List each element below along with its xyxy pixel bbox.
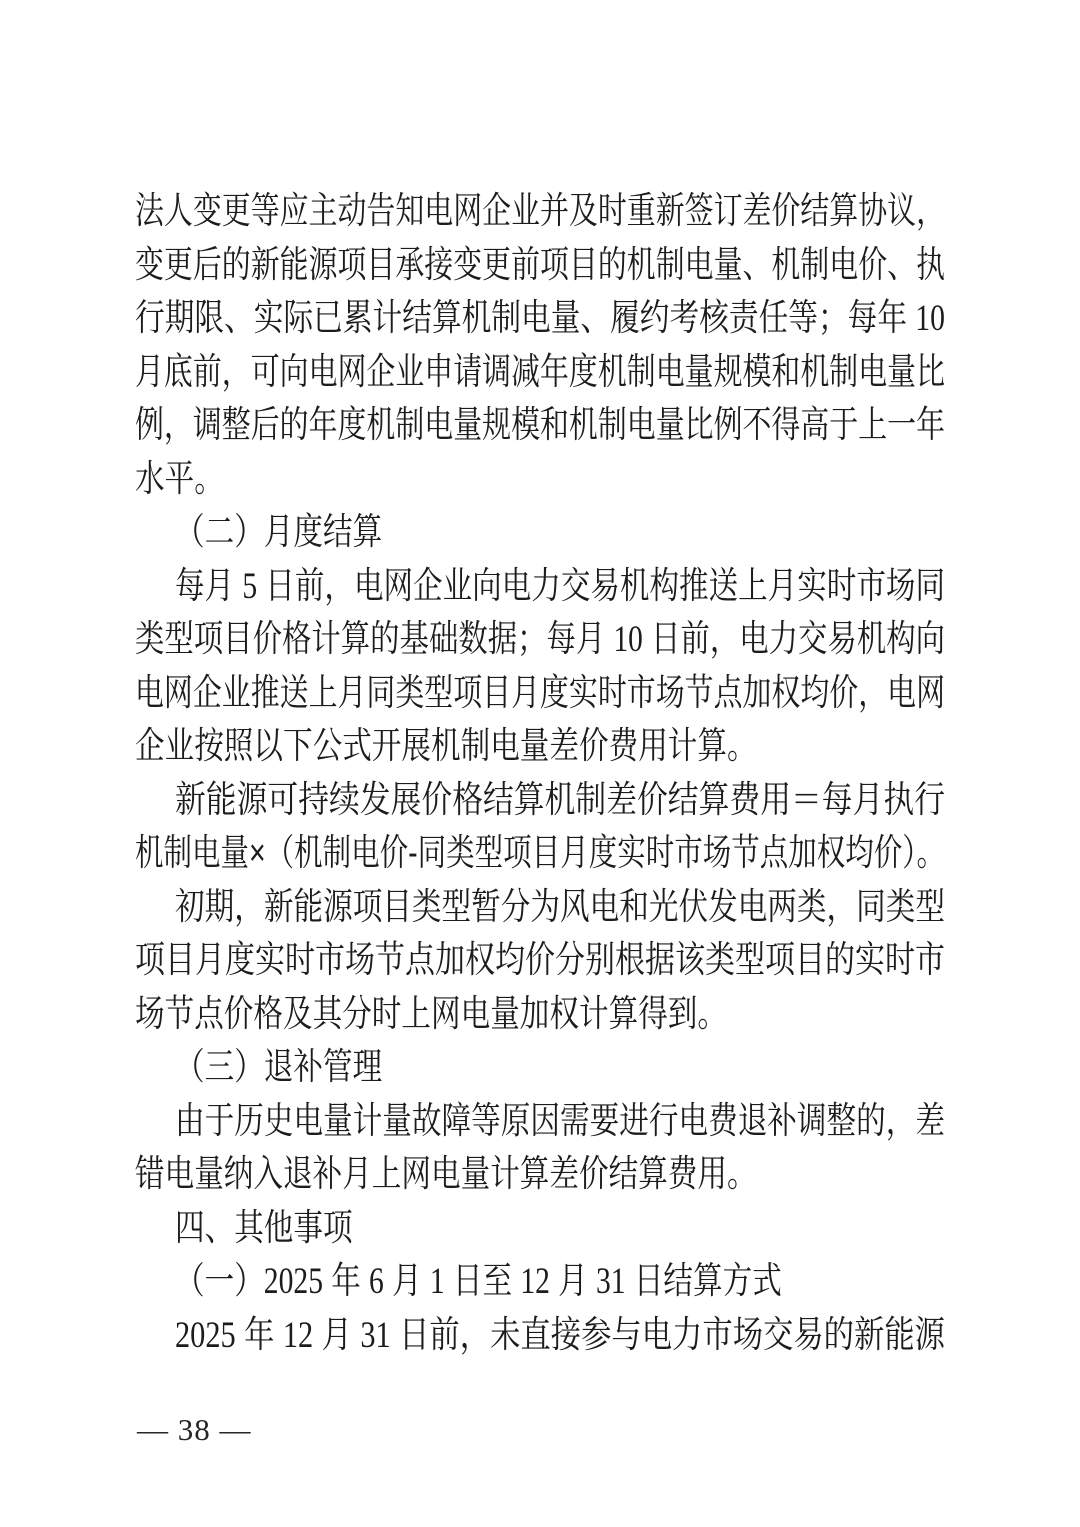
text-line: 类型项目价格计算的基础数据；每月 10 日前，电力交易机构向 [135,612,945,666]
text-line: 变更后的新能源项目承接变更前项目的机制电量、机制电价、执 [135,238,945,292]
paragraph: 每月 5 日前，电网企业向电力交易机构推送上月实时市场同类型项目价格计算的基础数… [135,559,945,773]
text-line: 行期限、实际已累计结算机制电量、履约考核责任等；每年 10 [135,291,945,345]
text-line: 由于历史电量计量故障等原因需要进行电费退补调整的，差 [135,1094,945,1148]
text-line: 法人变更等应主动告知电网企业并及时重新签订差价结算协议， [135,184,945,238]
text-line: （三）退补管理 [135,1040,945,1094]
document-page: 法人变更等应主动告知电网企业并及时重新签订差价结算协议，变更后的新能源项目承接变… [0,0,1080,1527]
document-content: 法人变更等应主动告知电网企业并及时重新签订差价结算协议，变更后的新能源项目承接变… [135,184,945,1361]
paragraph: 法人变更等应主动告知电网企业并及时重新签订差价结算协议，变更后的新能源项目承接变… [135,184,945,505]
section-heading: 四、其他事项 [135,1201,945,1255]
text-line: 电网企业推送上月同类型项目月度实时市场节点加权均价，电网 [135,666,945,720]
paragraph: 初期，新能源项目类型暂分为风电和光伏发电两类，同类型项目月度实时市场节点加权均价… [135,880,945,1041]
text-line: （一）2025 年 6 月 1 日至 12 月 31 日结算方式 [135,1254,945,1308]
text-line: 水平。 [135,452,945,506]
text-line: 例，调整后的年度机制电量规模和机制电量比例不得高于上一年 [135,398,945,452]
page-footer: — 38 — [137,1408,252,1452]
text-line: 2025 年 12 月 31 日前，未直接参与电力市场交易的新能源 [135,1308,945,1362]
text-line: 新能源可持续发展价格结算机制差价结算费用＝每月执行 [135,773,945,827]
section-heading: （二）月度结算 [135,505,945,559]
text-line: 企业按照以下公式开展机制电量差价费用计算。 [135,719,945,773]
text-line: 月底前，可向电网企业申请调减年度机制电量规模和机制电量比 [135,345,945,399]
text-line: （二）月度结算 [135,505,945,559]
paragraph: 2025 年 12 月 31 日前，未直接参与电力市场交易的新能源 [135,1308,945,1362]
section-heading: （一）2025 年 6 月 1 日至 12 月 31 日结算方式 [135,1254,945,1308]
paragraph: 新能源可持续发展价格结算机制差价结算费用＝每月执行机制电量×（机制电价-同类型项… [135,773,945,880]
page-number: — 38 — [137,1412,252,1447]
section-heading: （三）退补管理 [135,1040,945,1094]
text-line: 场节点价格及其分时上网电量加权计算得到。 [135,987,945,1041]
text-line: 每月 5 日前，电网企业向电力交易机构推送上月实时市场同 [135,559,945,613]
text-line: 四、其他事项 [135,1201,945,1255]
text-line: 错电量纳入退补月上网电量计算差价结算费用。 [135,1147,945,1201]
text-line: 初期，新能源项目类型暂分为风电和光伏发电两类，同类型 [135,880,945,934]
text-line: 项目月度实时市场节点加权均价分别根据该类型项目的实时市 [135,933,945,987]
text-line: 机制电量×（机制电价-同类型项目月度实时市场节点加权均价）。 [135,826,945,880]
paragraph: 由于历史电量计量故障等原因需要进行电费退补调整的，差错电量纳入退补月上网电量计算… [135,1094,945,1201]
